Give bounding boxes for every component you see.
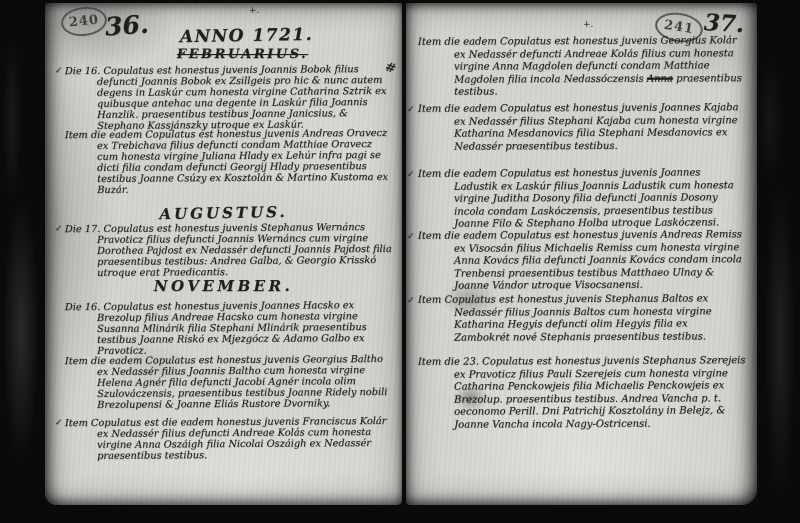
check-mark-icon: ✓ bbox=[407, 295, 415, 308]
register-entry: Item die eadem Copulatus est honestus ju… bbox=[65, 128, 394, 196]
entry-text: Item die 23. Copulatus est honestus juve… bbox=[418, 355, 746, 430]
struck-word: Anna bbox=[647, 73, 673, 84]
check-mark-icon: ✓ bbox=[407, 104, 415, 117]
register-entry: ✓ Item die eadem Copulatus est honestus … bbox=[418, 167, 746, 231]
register-entry: Item die 23. Copulatus est honestus juve… bbox=[418, 355, 746, 432]
entry-text: Item die eadem Copulatus est honestus ju… bbox=[418, 167, 734, 229]
check-mark-icon: ✓ bbox=[55, 224, 63, 235]
register-entry: ✓ Item die eadem Copulatus est honestus … bbox=[418, 229, 746, 293]
entry-text: Die 16. Copulatus est honestus juvenis J… bbox=[65, 300, 367, 357]
right-page: 241 37. +. Item die eadem Copulatus est … bbox=[406, 3, 757, 505]
entry-text: Die 16. Copulatus est honestus juvenis J… bbox=[65, 64, 387, 132]
month-heading-november: November. bbox=[45, 277, 402, 295]
register-entry: ✓ Die 17. Copulatus est honestus juvenis… bbox=[65, 222, 394, 279]
folio-number-right: 37. bbox=[703, 9, 744, 38]
check-mark-icon: ✓ bbox=[407, 169, 415, 182]
entry-text: Item die eadem Copulatus est honestus ju… bbox=[65, 354, 388, 411]
register-entry: ✓ Item die eadem Copulatus est honestus … bbox=[418, 102, 746, 154]
month-heading-februarius: Februarius. bbox=[64, 47, 421, 62]
left-page: 240 36. +. Anno 1721. Februarius. August… bbox=[45, 3, 402, 505]
stamp-number: 241 bbox=[663, 18, 695, 38]
entry-text: Item die eadem Copulatus est honestus ju… bbox=[418, 229, 742, 292]
register-entry: Item die eadem Copulatus est honestus ju… bbox=[418, 35, 746, 99]
entry-text: Item die eadem Copulatus est honestus ju… bbox=[418, 102, 739, 152]
entry-text: Item die eadem Copulatus est honestus ju… bbox=[65, 128, 388, 196]
check-mark-icon: ✓ bbox=[55, 66, 63, 77]
manuscript-scan: 240 36. +. Anno 1721. Februarius. August… bbox=[0, 0, 800, 523]
check-mark-icon: ✓ bbox=[55, 418, 63, 429]
cross-mark-icon: +. bbox=[249, 6, 259, 16]
register-entry: Item die eadem Copulatus est honestus ju… bbox=[65, 354, 394, 411]
register-entry: ✓ Die 16. Copulatus est honestus juvenis… bbox=[65, 64, 394, 132]
register-entry: Die 16. Copulatus est honestus juvenis J… bbox=[65, 300, 394, 357]
register-entry: ✓ Item Copulatus est die eadem honestus … bbox=[65, 416, 394, 462]
entry-text: Die 17. Copulatus est honestus juvenis S… bbox=[65, 222, 392, 279]
register-entry: ✓ Item Copulatus est honestus juvenis St… bbox=[418, 293, 746, 345]
cross-mark-icon: +. bbox=[583, 20, 593, 30]
check-mark-icon: ✓ bbox=[407, 231, 415, 244]
entry-text: Item Copulatus est honestus juvenis Step… bbox=[418, 293, 712, 343]
entry-text: Item Copulatus est die eadem honestus ju… bbox=[65, 416, 387, 462]
